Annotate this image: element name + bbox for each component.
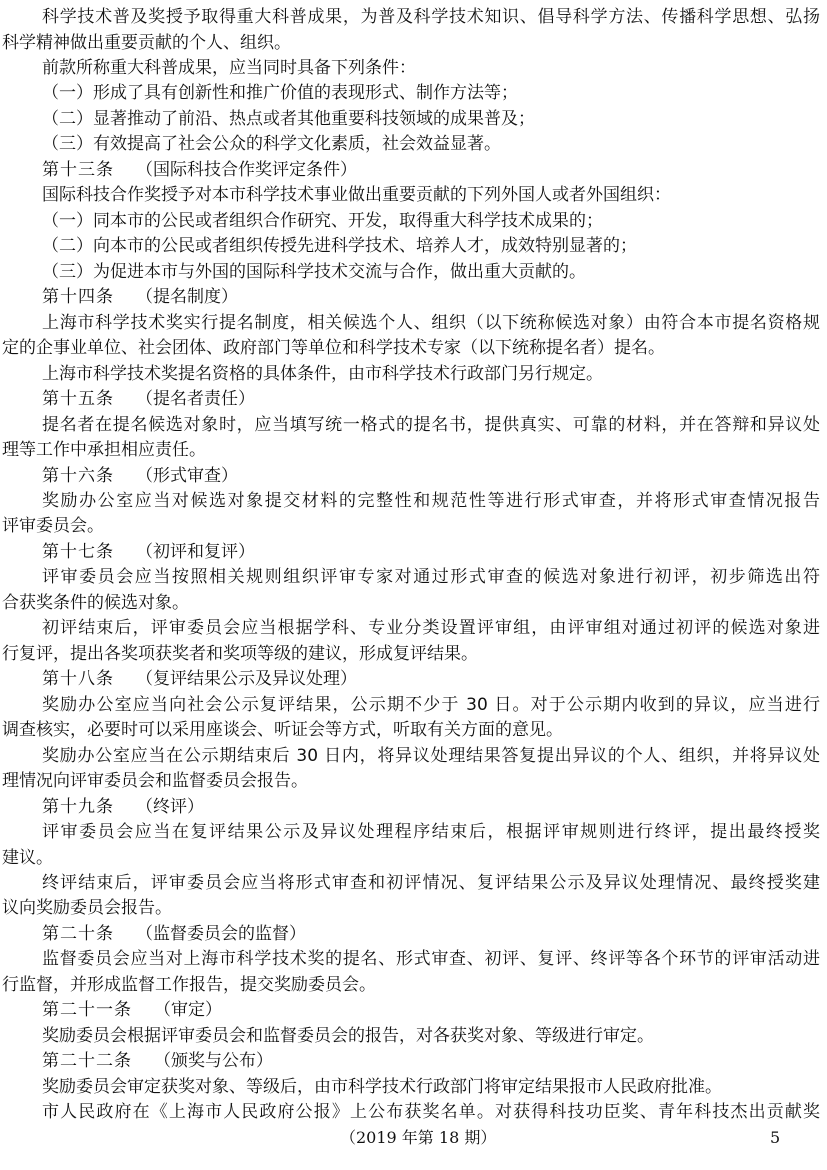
article-title: （颁奖与公布） xyxy=(154,1051,273,1071)
article-heading: 第十三条（国际科技合作奖评定条件） xyxy=(42,159,820,181)
paragraph-line-first: 奖励委员会根据评审委员会和监督委员会的报告，对各获奖对象、等级进行审定。 xyxy=(42,1025,820,1047)
paragraph-line-continuation: 定的企事业单位、社会团体、政府部门等单位和科学技术专家（以下统称提名者）提名。 xyxy=(2,337,820,359)
article-number: 第十五条 xyxy=(42,389,114,409)
article-title: （提名者责任） xyxy=(136,389,255,409)
paragraph-line-first: （一）形成了具有创新性和推广价值的表现形式、制作方法等； xyxy=(42,82,820,104)
document-page: 科学技术普及奖授予取得重大科普成果，为普及科学技术知识、倡导科学方法、传播科学思… xyxy=(0,0,827,1170)
paragraph-line-first: 上海市科学技术奖实行提名制度，相关候选个人、组织（以下统称候选对象）由符合本市提… xyxy=(42,312,820,334)
article-title: （提名制度） xyxy=(136,287,238,307)
article-title: （复评结果公示及异议处理） xyxy=(136,669,357,689)
paragraph-line-continuation: 议向奖励委员会报告。 xyxy=(2,897,820,919)
article-heading: 第十七条（初评和复评） xyxy=(42,541,820,563)
article-title: （审定） xyxy=(154,1000,222,1020)
article-heading: 第二十一条（审定） xyxy=(42,999,820,1021)
paragraph-line-continuation: 理情况向评审委员会和监督委员会报告。 xyxy=(2,770,820,792)
article-heading: 第十四条（提名制度） xyxy=(42,286,820,308)
article-number: 第二十条 xyxy=(42,924,114,944)
paragraph-line-first: 上海市科学技术奖提名资格的具体条件，由市科学技术行政部门另行规定。 xyxy=(42,363,820,385)
article-title: （国际科技合作奖评定条件） xyxy=(136,160,357,180)
page-footer: （2019 年第 18 期） 5 xyxy=(0,1127,827,1149)
paragraph-line-first: 科学技术普及奖授予取得重大科普成果，为普及科学技术知识、倡导科学方法、传播科学思… xyxy=(42,6,820,28)
paragraph-line-first: 初评结束后，评审委员会应当根据学科、专业分类设置评审组，由评审组对通过初评的候选… xyxy=(42,617,820,639)
article-number: 第二十一条 xyxy=(42,1000,132,1020)
article-title: （初评和复评） xyxy=(136,542,255,562)
article-number: 第二十二条 xyxy=(42,1051,132,1071)
paragraph-line-continuation: 建议。 xyxy=(2,847,820,869)
paragraph-line-first: 市人民政府在《上海市人民政府公报》上公布获奖名单。对获得科技功臣奖、青年科技杰出… xyxy=(42,1101,820,1123)
article-heading: 第十五条（提名者责任） xyxy=(42,388,820,410)
paragraph-line-first: （二）显著推动了前沿、热点或者其他重要科技领域的成果普及； xyxy=(42,108,820,130)
paragraph-line-continuation: 科学精神做出重要贡献的个人、组织。 xyxy=(2,32,820,54)
article-title: （监督委员会的监督） xyxy=(136,924,306,944)
article-heading: 第十八条（复评结果公示及异议处理） xyxy=(42,668,820,690)
paragraph-line-continuation: 合获奖条件的候选对象。 xyxy=(2,592,820,614)
paragraph-line-first: 奖励办公室应当在公示期结束后 30 日内，将异议处理结果答复提出异议的个人、组织… xyxy=(42,745,820,767)
paragraph-line-first: 评审委员会应当按照相关规则组织评审专家对通过形式审查的候选对象进行初评，初步筛选… xyxy=(42,566,820,588)
paragraph-line-first: 前款所称重大科普成果，应当同时具备下列条件： xyxy=(42,57,820,79)
paragraph-line-first: （二）向本市的公民或者组织传授先进科学技术、培养人才，成效特别显著的； xyxy=(42,235,820,257)
page-number: 5 xyxy=(770,1127,780,1149)
paragraph-line-first: 奖励办公室应当向社会公示复评结果，公示期不少于 30 日。对于公示期内收到的异议… xyxy=(42,694,820,716)
paragraph-line-first: 提名者在提名候选对象时，应当填写统一格式的提名书，提供真实、可靠的材料，并在答辩… xyxy=(42,414,820,436)
article-heading: 第二十二条（颁奖与公布） xyxy=(42,1050,820,1072)
paragraph-line-continuation: 行监督，并形成监督工作报告，提交奖励委员会。 xyxy=(2,974,820,996)
paragraph-line-continuation: 理等工作中承担相应责任。 xyxy=(2,439,820,461)
article-heading: 第十六条（形式审查） xyxy=(42,465,820,487)
article-number: 第十九条 xyxy=(42,797,114,817)
paragraph-line-first: 评审委员会应当在复评结果公示及异议处理程序结束后，根据评审规则进行终评，提出最终… xyxy=(42,821,820,843)
paragraph-line-first: 奖励委员会审定获奖对象、等级后，由市科学技术行政部门将审定结果报市人民政府批准。 xyxy=(42,1076,820,1098)
paragraph-line-first: 国际科技合作奖授予对本市科学技术事业做出重要贡献的下列外国人或者外国组织： xyxy=(42,184,820,206)
article-heading: 第二十条（监督委员会的监督） xyxy=(42,923,820,945)
paragraph-line-first: （一）同本市的公民或者组织合作研究、开发，取得重大科学技术成果的； xyxy=(42,210,820,232)
article-title: （形式审查） xyxy=(136,466,238,486)
paragraph-line-first: （三）有效提高了社会公众的科学文化素质，社会效益显著。 xyxy=(42,133,820,155)
paragraph-line-continuation: 评审委员会。 xyxy=(2,515,820,537)
paragraph-line-first: 终评结束后，评审委员会应当将形式审查和初评情况、复评结果公示及异议处理情况、最终… xyxy=(42,872,820,894)
article-number: 第十六条 xyxy=(42,466,114,486)
article-number: 第十四条 xyxy=(42,287,114,307)
article-number: 第十三条 xyxy=(42,160,114,180)
article-title: （终评） xyxy=(136,797,204,817)
paragraph-line-continuation: 调查核实，必要时可以采用座谈会、听证会等方式，听取有关方面的意见。 xyxy=(2,719,820,741)
paragraph-line-first: 奖励办公室应当对候选对象提交材料的完整性和规范性等进行形式审查，并将形式审查情况… xyxy=(42,490,820,512)
paragraph-line-first: 监督委员会应当对上海市科学技术奖的提名、形式审查、初评、复评、终评等各个环节的评… xyxy=(42,948,820,970)
article-number: 第十七条 xyxy=(42,542,114,562)
article-heading: 第十九条（终评） xyxy=(42,796,820,818)
paragraph-line-first: （三）为促进本市与外国的国际科学技术交流与合作，做出重大贡献的。 xyxy=(42,261,820,283)
issue-label: （2019 年第 18 期） xyxy=(340,1127,496,1149)
article-number: 第十八条 xyxy=(42,669,114,689)
paragraph-line-continuation: 行复评，提出各奖项获奖者和奖项等级的建议，形成复评结果。 xyxy=(2,643,820,665)
